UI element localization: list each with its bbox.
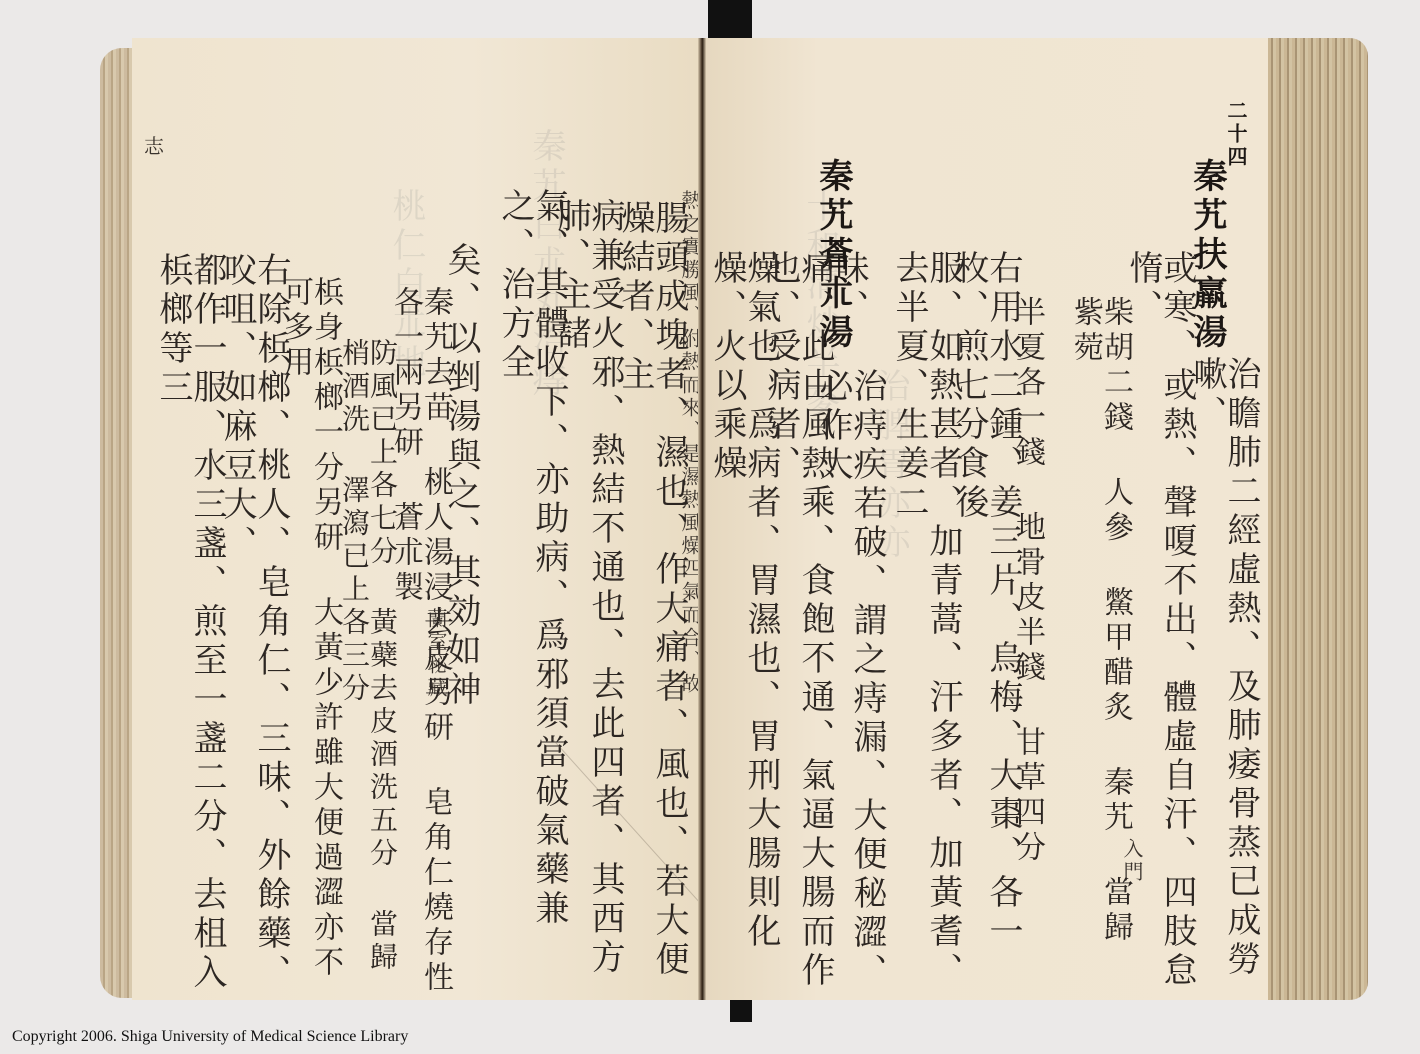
text-column: 腸頭成塊者、濕也、作大痛者、風也、若大便燥結者、主	[618, 200, 686, 1000]
book-gutter	[698, 38, 706, 1000]
margin-mark: 志	[144, 130, 164, 159]
page-marker: 二十四	[1226, 100, 1246, 169]
text-column: 或寒、或熱、聲嗄不出、體虛自汗、四肢怠惰、	[1126, 250, 1194, 1000]
text-column: 服、如熱甚者、加青蒿、汗多者、加黃耆、去半夏、生姜二	[892, 250, 960, 1000]
right-page: 十和淸炒半麥 治脾胃亦亦 二十四 秦艽扶羸湯 治瞻肺二經虛熱、及肺痿骨蒸已成勞嗽…	[706, 38, 1268, 1000]
ingredient-column: 秦艽去苗 桃人湯浸去皮另研 皂角仁燒存性各一兩另研 蒼朮製	[390, 286, 450, 1000]
binding-clip-bottom	[730, 1000, 752, 1022]
text-column: 右除梹榔、桃人、皂角仁、三味、外餘藥、㕮咀、如麻豆大、	[220, 252, 288, 1000]
text-column: 氣、其體收下、亦助病、爲邪須當破氣藥兼之、治方全	[498, 188, 566, 1000]
ingredient-column: 柴胡二錢 人參 鱉甲醋炙 秦艽 當歸 紫菀	[1070, 296, 1130, 1000]
ingredient-column: 防風已上各七分 黃蘗去皮酒洗五分 當歸梢酒洗 澤瀉已上各三分	[340, 338, 396, 1000]
left-page: 志 秦艽白朮丸治痔 桃仁白朮地 熱之實勝風、附熱而來、是濕熱風燥四氣而合、故 腸…	[132, 38, 698, 1000]
open-book: 志 秦艽白朮丸治痔 桃仁白朮地 熱之實勝風、附熱而來、是濕熱風燥四氣而合、故 腸…	[100, 38, 1368, 1000]
text-column: 治瞻肺二經虛熱、及肺痿骨蒸已成勞嗽、	[1190, 356, 1258, 1000]
text-column: 燥氣也、爲病者、胃濕也、胃刑大腸則化燥、火以乘燥	[710, 250, 778, 1000]
right-page-edges	[1268, 38, 1368, 1000]
text-column: 都作一服、水三盞、煎至一盞二分、去柤入梹榔等三	[156, 252, 224, 1000]
copyright-notice: Copyright 2006. Shiga University of Medi…	[12, 1028, 408, 1046]
